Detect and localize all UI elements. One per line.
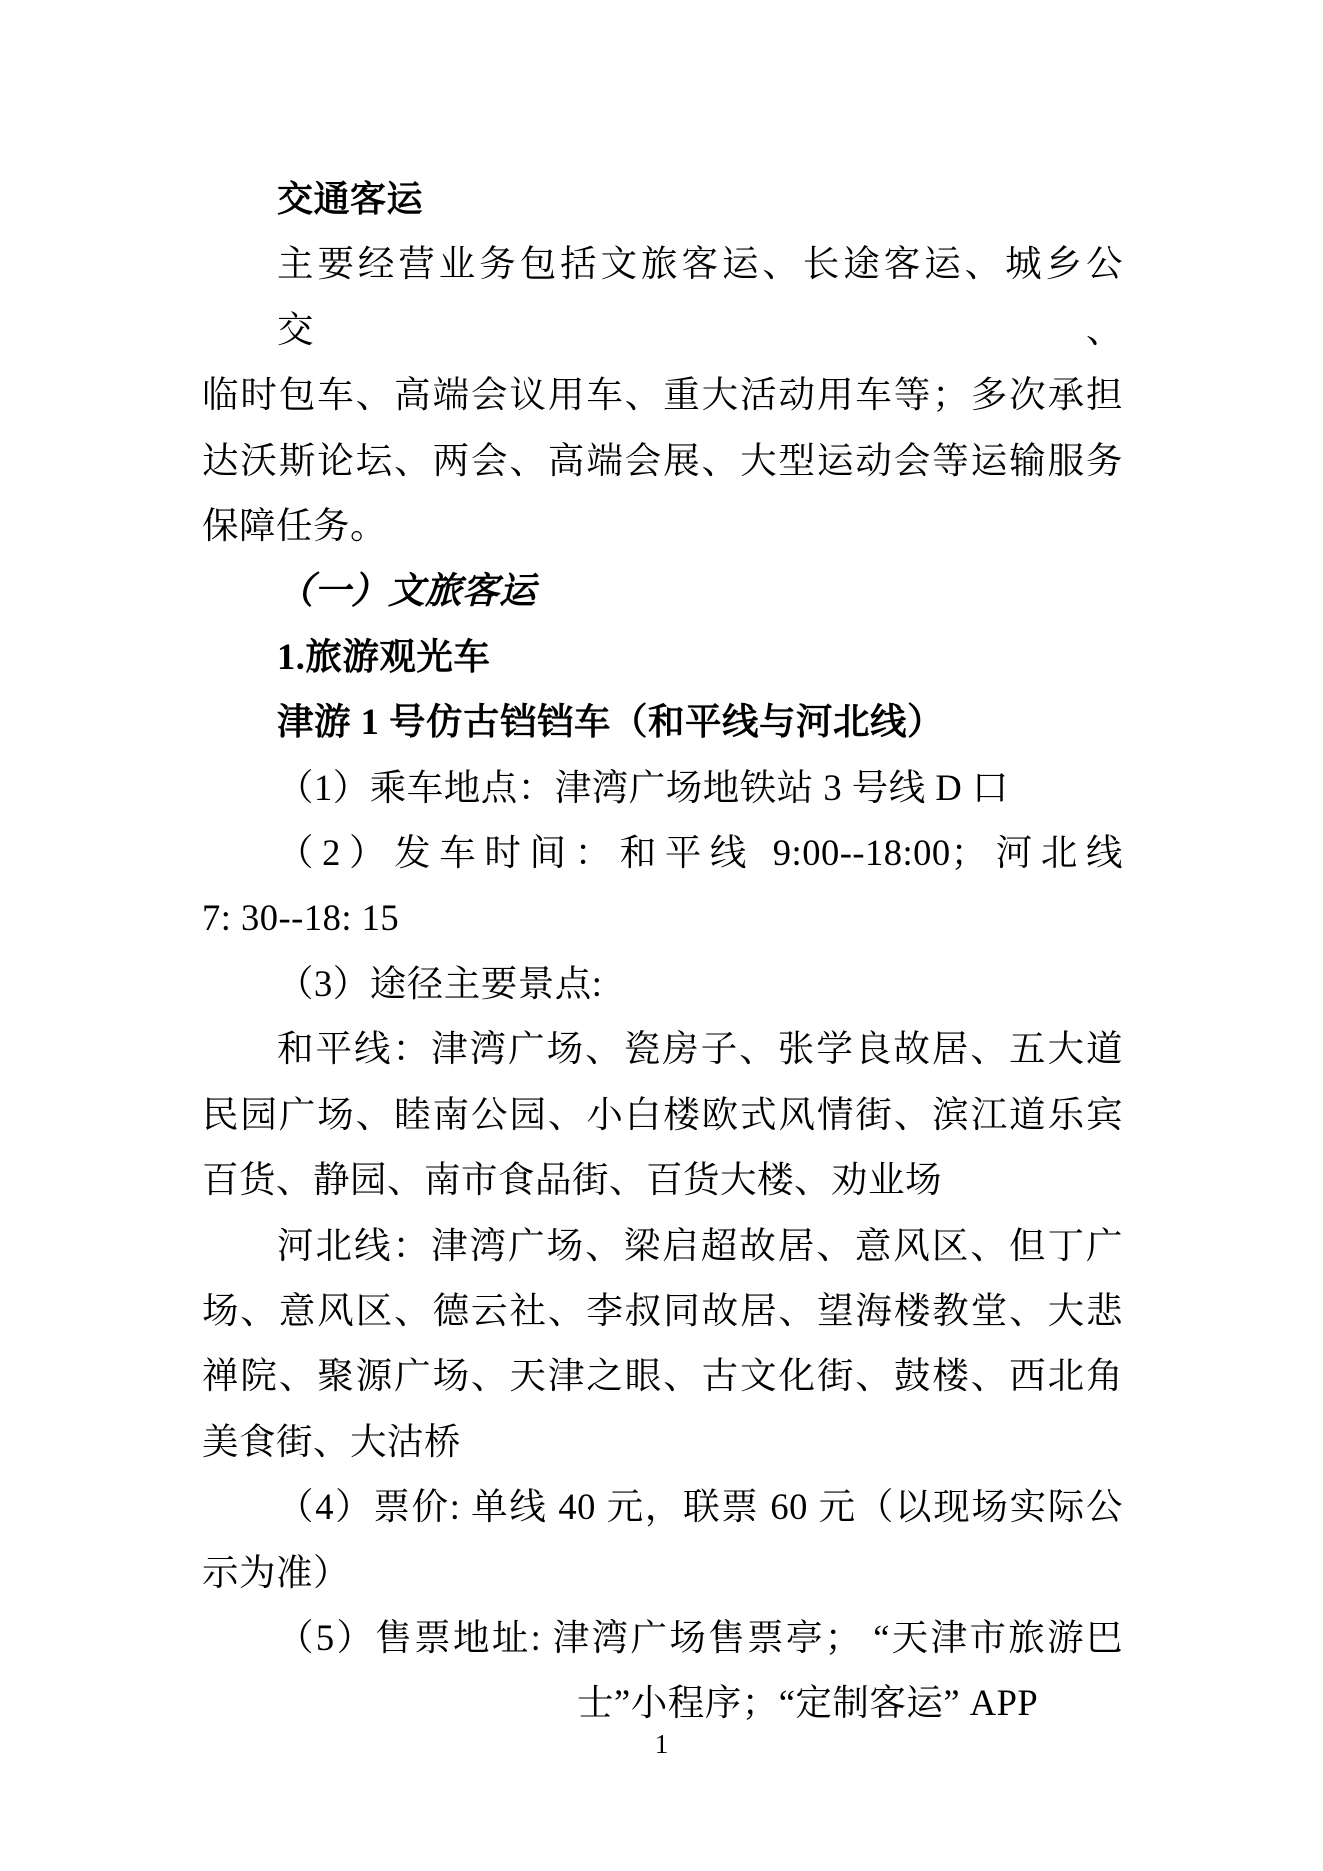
document-line: 民园广场、睦南公园、小白楼欧式风情街、滨江道乐宾 xyxy=(202,1082,1123,1147)
document-line: 保障任务。 xyxy=(202,493,1123,558)
page-number: 1 xyxy=(0,1728,1323,1760)
document-line: 百货、静园、南市食品街、百货大楼、劝业场 xyxy=(202,1147,1123,1212)
document-line: 主要经营业务包括文旅客运、长途客运、城乡公交、 xyxy=(202,231,1123,362)
text-block: 交通客运主要经营业务包括文旅客运、长途客运、城乡公交、临时包车、高端会议用车、重… xyxy=(202,166,1123,1736)
document-line: 场、意风区、德云社、李叔同故居、望海楼教堂、大悲 xyxy=(202,1278,1123,1343)
document-line: 临时包车、高端会议用车、重大活动用车等；多次承担 xyxy=(202,362,1123,427)
heading-2-line: （一）文旅客运 xyxy=(202,558,1123,623)
document-line: 禅院、聚源广场、天津之眼、古文化街、鼓楼、西北角 xyxy=(202,1343,1123,1408)
document-line: （1）乘车地点：津湾广场地铁站 3 号线 D 口 xyxy=(202,755,1123,820)
document-line: 河北线：津湾广场、梁启超故居、意风区、但丁广 xyxy=(202,1213,1123,1278)
document-page: 交通客运主要经营业务包括文旅客运、长途客运、城乡公交、临时包车、高端会议用车、重… xyxy=(0,0,1323,1871)
document-line: （5）售票地址: 津湾广场售票亭； “天津市旅游巴 xyxy=(202,1605,1123,1670)
heading-3-line: 1.旅游观光车 xyxy=(202,624,1123,689)
document-line: 7: 30--18: 15 xyxy=(202,885,1123,950)
document-line: 和平线：津湾广场、瓷房子、张学良故居、五大道 xyxy=(202,1016,1123,1081)
document-line: 士”小程序；“定制客运” APP xyxy=(202,1670,1123,1735)
document-line: （2）发车时间：和平线 9:00--18:00；河北线 xyxy=(202,820,1123,885)
document-line: （4）票价: 单线 40 元，联票 60 元（以现场实际公 xyxy=(202,1474,1123,1539)
document-line: 美食街、大沽桥 xyxy=(202,1409,1123,1474)
heading-1-line: 交通客运 xyxy=(202,166,1123,231)
document-line: （3）途径主要景点: xyxy=(202,951,1123,1016)
document-line: 示为准） xyxy=(202,1540,1123,1605)
document-line: 达沃斯论坛、两会、高端会展、大型运动会等运输服务 xyxy=(202,428,1123,493)
heading-3-line: 津游 1 号仿古铛铛车（和平线与河北线） xyxy=(202,689,1123,754)
